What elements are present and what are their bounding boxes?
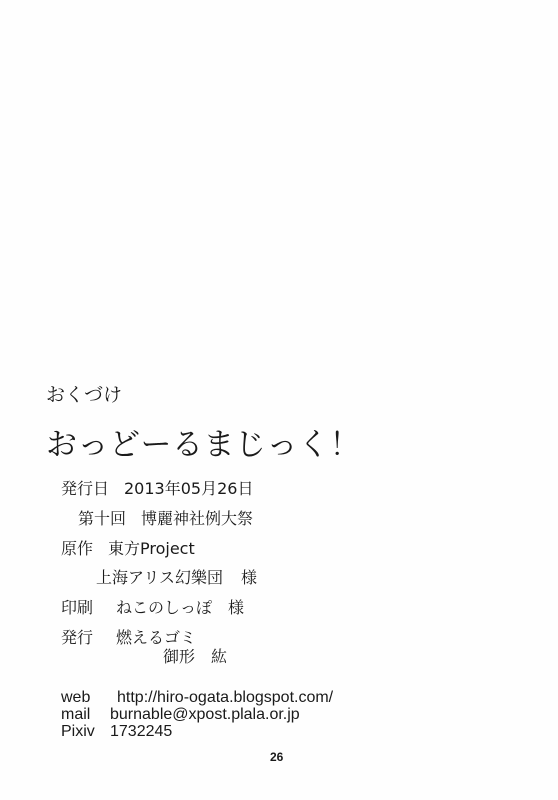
author-given-name: 紘 (211, 647, 227, 666)
contact-pixiv-row: Pixiv1732245 (61, 724, 172, 740)
event-edition: 第十回 (78, 510, 141, 528)
colophon-heading: おくづけ (46, 380, 122, 407)
publisher-label: 発行 (61, 629, 116, 647)
printer-label: 印刷 (61, 599, 116, 617)
release-date-row: 発行日2013年05月26日 (61, 480, 253, 498)
author-row: 御形紘 (163, 648, 227, 666)
author-surname: 御形 (163, 647, 195, 666)
release-date-value: 2013年05月26日 (124, 480, 253, 498)
contact-web-row: webhttp://hiro-ogata.blogspot.com/ (61, 690, 333, 706)
page-number: 26 (270, 750, 283, 764)
contact-mail-row: mailburnable@xpost.plala.or.jp (61, 707, 300, 723)
original-circle-row: 上海アリス幻樂団様 (96, 569, 257, 587)
original-work-value: 東方Project (108, 540, 195, 558)
publisher-row: 発行燃えるゴミ (61, 629, 196, 647)
original-work-label: 原作 (61, 540, 108, 558)
web-url: http://hiro-ogata.blogspot.com/ (117, 689, 333, 706)
book-title: おっどーるまじっく！ (46, 419, 361, 464)
printer-row: 印刷ねこのしっぽ様 (61, 599, 244, 617)
original-work-row: 原作東方Project (61, 540, 195, 558)
web-label: web (61, 690, 117, 706)
release-date-label: 発行日 (61, 480, 124, 498)
original-circle-name: 上海アリス幻樂団 (96, 569, 223, 587)
printer-honorific: 様 (228, 598, 244, 617)
publisher-name: 燃えるゴミ (116, 629, 196, 647)
pixiv-label: Pixiv (61, 724, 110, 740)
pixiv-id: 1732245 (110, 723, 172, 740)
event-name: 博麗神社例大祭 (141, 510, 253, 528)
mail-label: mail (61, 707, 110, 723)
event-row: 第十回博麗神社例大祭 (78, 510, 253, 528)
printer-name: ねこのしっぽ (116, 599, 212, 617)
mail-address: burnable@xpost.plala.or.jp (110, 706, 300, 723)
original-circle-honorific: 様 (241, 568, 257, 587)
